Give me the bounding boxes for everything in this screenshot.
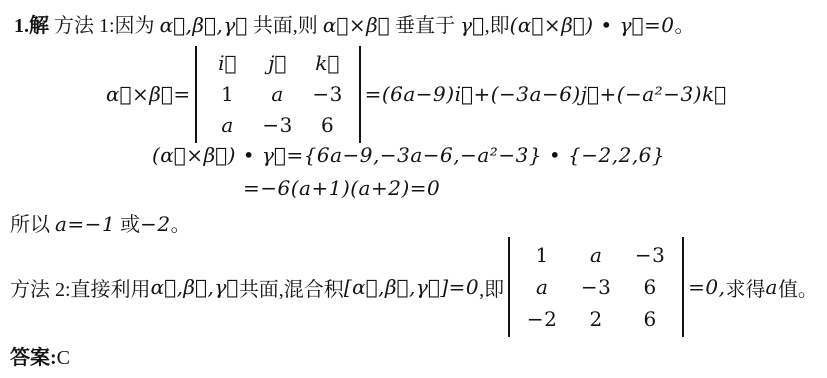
det-cell: a: [590, 239, 602, 271]
det-cell: 6: [644, 303, 657, 335]
dot-product-zero-eq: (α⃗×β⃗) • γ⃗=0: [510, 13, 675, 37]
cross-product-symbol: α⃗×β⃗: [323, 13, 390, 37]
answer-line: 答案:C: [10, 341, 70, 370]
answer-label: 答案:: [10, 347, 57, 369]
det-cell: 6: [321, 110, 334, 141]
det-cell: 2: [590, 303, 603, 335]
det-cell: i⃗: [218, 48, 237, 79]
coplanar-mixed-product-text: 共面,混合积: [239, 273, 344, 302]
solve-label: 解: [29, 15, 49, 37]
mixed-product-eq: [α⃗,β⃗,γ⃗]=0: [344, 275, 479, 299]
neg2-value: −2: [140, 212, 170, 236]
problem-number: 1.: [14, 15, 29, 37]
method2-label-text: 方法 2:直接利用: [10, 273, 151, 302]
factored-equation-line: =−6(a+1)(a+2)=0: [243, 176, 440, 200]
determinant-right-bar: [682, 237, 684, 337]
method1-intro-line: 1.解 方法 1:因为 α⃗,β⃗,γ⃗ 共面,则 α⃗×β⃗ 垂直于 γ⃗,即…: [14, 9, 695, 38]
det-cell: −3: [262, 110, 292, 141]
that-is-text: ,即: [479, 273, 504, 302]
determinant-1: i⃗ j⃗ k⃗ 1 a −3 a −3 6: [195, 46, 361, 143]
that-is-text: ,即: [485, 15, 510, 37]
a-equals-neg1: a=−1: [55, 212, 115, 236]
det-cell: 1: [536, 239, 549, 271]
method2-line: 方法 2:直接利用 α⃗,β⃗,γ⃗ 共面,混合积[α⃗,β⃗,γ⃗]=0,即 …: [10, 237, 818, 337]
vectors-abg: α⃗,β⃗,γ⃗: [160, 13, 248, 37]
period: 。: [675, 15, 695, 37]
det-cell: −3: [635, 239, 665, 271]
cross-product-rhs: =(6a−9)i⃗+(−3a−6)j⃗+(−a²−3)k⃗: [365, 82, 727, 106]
det-cell: 1: [221, 79, 234, 110]
cross-product-equation: α⃗×β⃗= i⃗ j⃗ k⃗ 1 a −3 a −3 6 =(6a−9)i⃗+…: [106, 46, 727, 142]
det-cell: 6: [644, 271, 657, 303]
vectors-abg: α⃗,β⃗,γ⃗: [151, 275, 239, 299]
equals-zero-text: =0,: [688, 275, 725, 299]
det-cell: a: [536, 271, 548, 303]
vector-gamma: γ⃗: [460, 13, 484, 37]
determinant-2-grid: 1 a −3 a −3 6 −2 2 6: [510, 237, 682, 337]
dot-product-line: (α⃗×β⃗) • γ⃗={6a−9,−3a−6,−a²−3} • {−2,2,…: [152, 143, 665, 167]
method1-label-text: 方法 1:因为: [49, 15, 160, 37]
determinant-1-grid: i⃗ j⃗ k⃗ 1 a −3 a −3 6: [197, 46, 359, 143]
det-cell: −2: [527, 303, 557, 335]
det-cell: −3: [312, 79, 342, 110]
answer-value: C: [57, 347, 70, 369]
conclusion-line: 所以 a=−1 或−2。: [10, 208, 191, 237]
period: 。: [171, 214, 191, 236]
det-cell: −3: [581, 271, 611, 303]
det-cell: k⃗: [315, 48, 340, 79]
value-text: 值。: [778, 273, 818, 302]
therefore-text: 所以: [10, 214, 55, 236]
variable-a: a: [766, 275, 778, 299]
determinant-2: 1 a −3 a −3 6 −2 2 6: [508, 237, 684, 337]
coplanar-text: 共面,则: [248, 15, 323, 37]
solve-for-text: 求得: [726, 273, 766, 302]
determinant-right-bar: [359, 46, 361, 143]
det-cell: j⃗: [268, 48, 287, 79]
cross-product-lhs: α⃗×β⃗=: [106, 82, 191, 106]
perpendicular-text: 垂直于: [390, 15, 460, 37]
or-text: 或: [115, 214, 140, 236]
solution-page: 1.解 方法 1:因为 α⃗,β⃗,γ⃗ 共面,则 α⃗×β⃗ 垂直于 γ⃗,即…: [0, 0, 827, 378]
det-cell: a: [271, 79, 283, 110]
det-cell: a: [221, 110, 233, 141]
